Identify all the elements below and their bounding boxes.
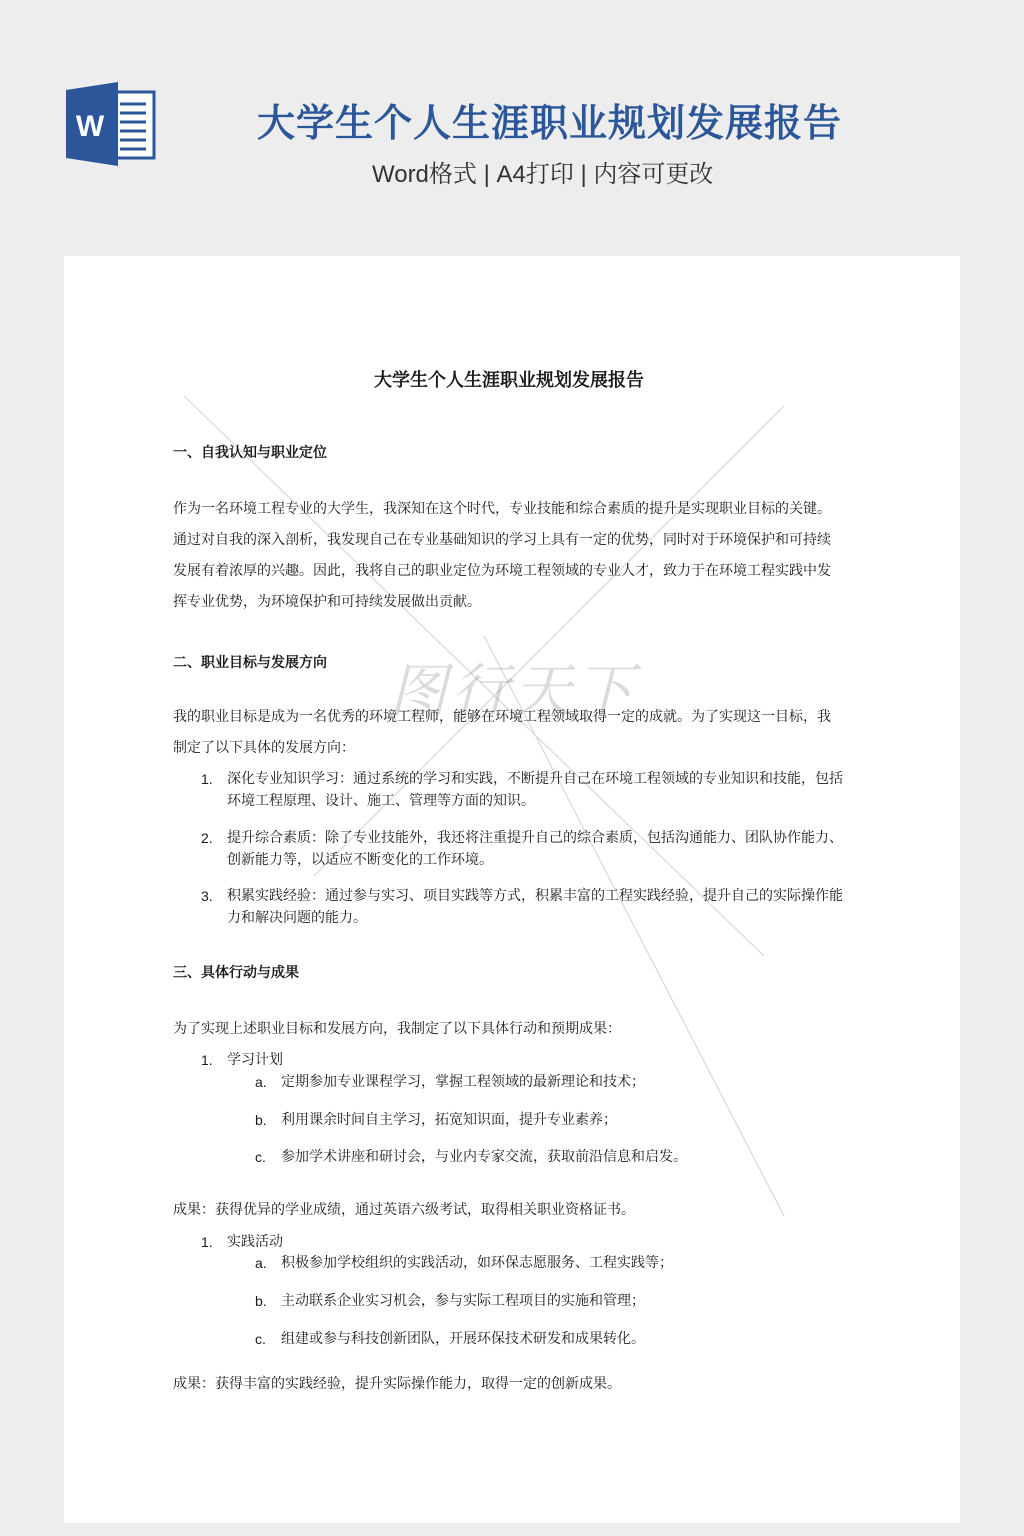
sub-list-item: b. 利用课余时间自主学习，拓宽知识面，提升专业素养；: [255, 1109, 835, 1131]
result-text: 成果：获得优异的学业成绩，通过英语六级考试，取得相关职业资格证书。: [173, 1195, 843, 1226]
document-page: 图行天下 大学生个人生涯职业规划发展报告 一、自我认知与职业定位 作为一名环境工…: [64, 256, 960, 1523]
sub-list-item: b. 主动联系企业实习机会，参与实际工程项目的实施和管理；: [255, 1290, 835, 1312]
result-text: 成果：获得丰富的实践经验，提升实际操作能力，取得一定的创新成果。: [173, 1369, 843, 1400]
section-heading-3: 三、具体行动与成果: [173, 962, 299, 982]
plan-heading: 1. 学习计划: [201, 1049, 847, 1071]
list-item: 1. 深化专业知识学习：通过系统的学习和实践，不断提升自己在环境工程领域的专业知…: [201, 768, 847, 812]
sub-list-item: a. 定期参加专业课程学习，掌握工程领域的最新理论和技术；: [255, 1071, 835, 1093]
section-paragraph-1: 作为一名环境工程专业的大学生，我深知在这个时代，专业技能和综合素质的提升是实现职…: [173, 494, 843, 618]
section-heading-1: 一、自我认知与职业定位: [173, 442, 327, 462]
section-heading-2: 二、职业目标与发展方向: [173, 652, 327, 672]
svg-text:W: W: [76, 110, 105, 143]
sub-list-item: c. 参加学术讲座和研讨会，与业内专家交流，获取前沿信息和启发。: [255, 1146, 835, 1168]
banner: W 大学生个人生涯职业规划发展报告 Word格式 | A4打印 | 内容可更改: [0, 0, 1024, 256]
section-paragraph-3: 为了实现上述职业目标和发展方向，我制定了以下具体行动和预期成果：: [173, 1014, 843, 1045]
list-item: 2. 提升综合素质：除了专业技能外，我还将注重提升自己的综合素质，包括沟通能力、…: [201, 827, 847, 871]
plan-heading: 1. 实践活动: [201, 1231, 847, 1253]
sub-list-item: c. 组建或参与科技创新团队，开展环保技术研发和成果转化。: [255, 1328, 835, 1350]
banner-subtitle: Word格式 | A4打印 | 内容可更改: [372, 154, 713, 189]
document-title: 大学生个人生涯职业规划发展报告: [173, 366, 845, 392]
banner-title: 大学生个人生涯职业规划发展报告: [257, 92, 857, 147]
word-icon: W: [66, 82, 156, 166]
sub-list-item: a. 积极参加学校组织的实践活动，如环保志愿服务、工程实践等；: [255, 1252, 835, 1274]
list-item: 3. 积累实践经验：通过参与实习、项目实践等方式，积累丰富的工程实践经验，提升自…: [201, 885, 847, 929]
section-paragraph-2: 我的职业目标是成为一名优秀的环境工程师，能够在环境工程领域取得一定的成就。为了实…: [173, 702, 843, 764]
